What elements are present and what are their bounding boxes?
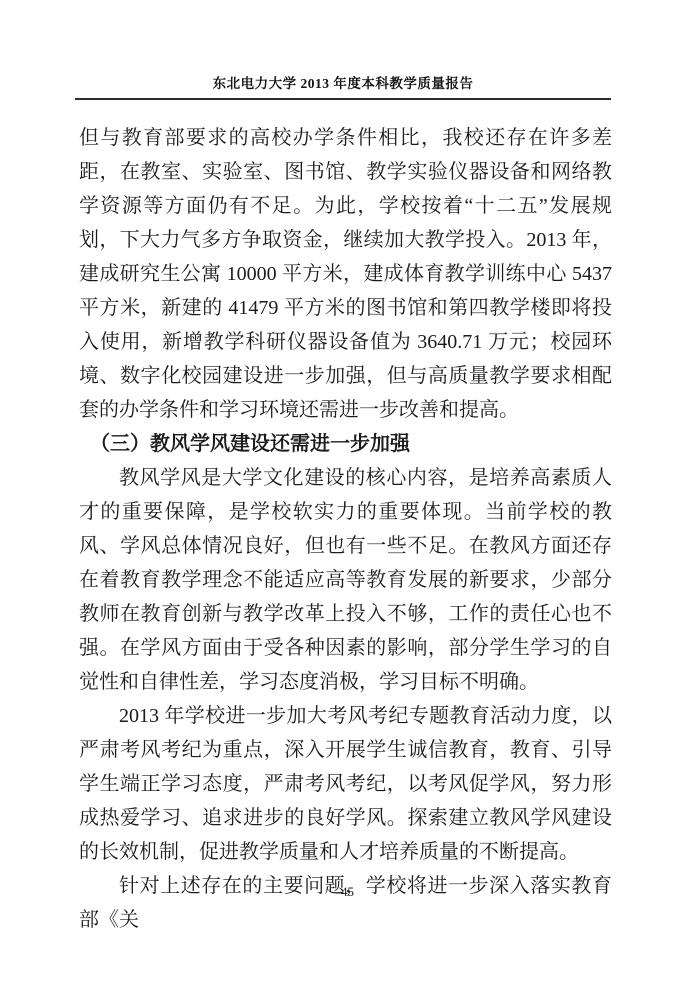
section-heading: （三）教风学风建设还需进一步加强 [79,427,612,461]
page-header-title: 东北电力大学 2013 年度本科教学质量报告 [75,72,611,100]
page-number: 45 [0,884,695,900]
paragraph: 教风学风是大学文化建设的核心内容，是培养高素质人才的重要保障，是学校软实力的重要… [79,461,612,699]
document-body: 但与教育部要求的高校办学条件相比，我校还存在许多差距，在教室、实验室、图书馆、教… [79,121,612,937]
paragraph: 针对上述存在的主要问题，学校将进一步深入落实教育部《关 [79,869,612,937]
paragraph: 2013 年学校进一步加大考风考纪专题教育活动力度，以严肃考风考纪为重点，深入开… [79,699,612,869]
paragraph-continuation: 但与教育部要求的高校办学条件相比，我校还存在许多差距，在教室、实验室、图书馆、教… [79,121,612,427]
document-page: 东北电力大学 2013 年度本科教学质量报告 但与教育部要求的高校办学条件相比，… [0,0,695,984]
